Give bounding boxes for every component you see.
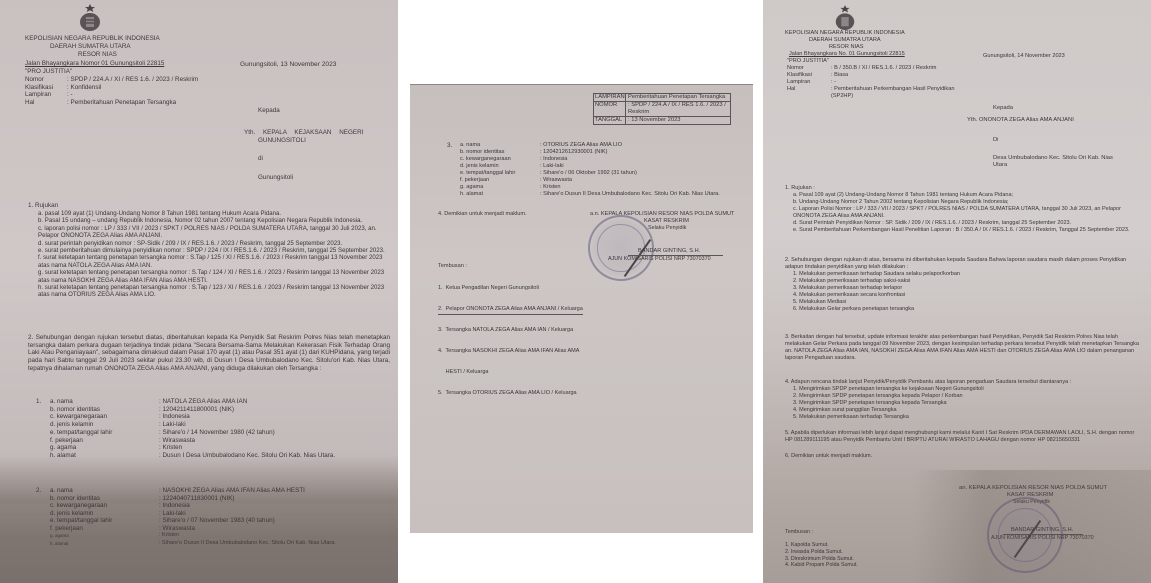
recipient-kepada: Kepada	[993, 105, 1013, 113]
reference-item: d. Surat Perintah Penyidikan Nomor : SP.…	[793, 220, 1143, 227]
list-item: 1. Mengirimkan SPDP penetapan tersangka …	[793, 386, 984, 393]
tembusan-item: 4. Kabid Propam Polda Sumut.	[785, 562, 858, 569]
tembusan-item: HESTI / Keluarga	[438, 369, 583, 376]
reference-item: h. surat ketetapan tentang penetapan ter…	[38, 284, 390, 299]
suspect-number: 3.	[447, 142, 452, 150]
place-date: Gunungsitoli, 14 November 2023	[983, 53, 1065, 61]
tembusan-underline	[438, 314, 583, 315]
reference-list: a. Pasal 109 ayat (2) Undang-Undang Nomo…	[793, 192, 1143, 233]
suspect-1-details: a. nama: NATOLA ZEGA Alias AMA IAN b. no…	[50, 398, 389, 460]
letter-meta: Nomor: B / 350.B / XI / RES.1.6. / 2023 …	[787, 65, 1031, 100]
list-item: 6. Melakukan Gelar perkara penetapan ter…	[793, 306, 960, 313]
suspect-number: 2.	[36, 487, 41, 495]
org-address: Jalan Bhayangkara Nomor 01 Gunungsitoli …	[25, 60, 164, 68]
recipient-yth: Yth. KEPALA KEJAKSAAN NEGERI	[244, 129, 363, 137]
section4-paragraph: 4. Adapun rencana tindak lanjut Penyidik…	[785, 379, 1143, 386]
list-item: 2. Melakukan pemeriksaan terhadap saksi-…	[793, 278, 960, 285]
tembusan-item: 1. Ketua Pengadilan Negeri Gunungsitoli	[438, 285, 583, 292]
letter-meta: Nomor: SPDP / 224.A / XI / RES 1.6. / 20…	[25, 76, 267, 107]
reference-item: b. Pasal 15 undang – undang Republik Ind…	[38, 217, 390, 224]
section2-paragraph: 2. Sehubungan dengan rujukan tersebut di…	[28, 334, 390, 373]
tembusan-item: 3. Direskrimum Polda Sumut.	[785, 556, 858, 563]
investigation-steps: 1. Melakukan pemeriksaan terhadap Saudar…	[793, 271, 960, 312]
recipient-kepada: Kepada	[258, 107, 280, 115]
follow-up-plan: 1. Mengirimkan SPDP penetapan tersangka …	[793, 386, 984, 421]
recipient-di: di	[258, 155, 263, 163]
section2-paragraph: 2. Sehubungan dengan rujukan di atas, be…	[785, 257, 1143, 271]
tembusan-item: 5. Tersangka OTORIUS ZEGA Alias AMA LIO …	[438, 390, 583, 397]
section6-closing: 6. Demikian untuk menjadi maklum.	[785, 453, 872, 461]
tembusan-item: 3. Tersangka NATOLA ZEGA Alias AMA IAN /…	[438, 327, 583, 334]
recipient-di: Di	[993, 137, 998, 145]
suspect-3-details: a. nama: OTORIUS ZEGA Alias AMA LIO b. n…	[460, 142, 740, 198]
recipient-yth: Yth. ONONOTA ZEGA Alias AMA ANJANI	[967, 117, 1074, 125]
document-photo-sp2hp: KEPOLISIAN NEGARA REPUBLIK INDONESIA DAE…	[763, 0, 1151, 583]
reference-item: c. Laporan Polisi Nomor : LP / 333 / VII…	[793, 206, 1143, 220]
reference-item: b. Undang-Undang Nomor 2 Tahun 2002 tent…	[793, 199, 1143, 206]
reference-list: a. pasal 109 ayat (1) Undang-Undang Nomo…	[38, 210, 390, 299]
closing-line: 4. Demikian untuk menjadi maklum.	[438, 211, 527, 219]
reference-item: d. surat perintah penyidikan nomor : SP-…	[38, 240, 390, 247]
reference-item: c. laporan polisi nomor : LP / 333 / VII…	[38, 225, 390, 240]
section1-title: 1. Rujukan	[28, 202, 58, 210]
tembusan-title: Tembusan :	[785, 529, 813, 537]
org-unit: RESOR NIAS	[78, 51, 117, 59]
reference-item: a. Pasal 109 ayat (2) Undang-Undang Nomo…	[793, 192, 1143, 199]
tembusan-title: Tembusan :	[438, 263, 467, 271]
recipient-yth-line2: GUNUNGSITOLI	[258, 137, 306, 145]
signatory-rank: AJUN KOMISARIS POLISI NRP 73070370	[608, 256, 711, 264]
section3-paragraph: 3. Berkaitan dengan hal tersebut, update…	[785, 334, 1143, 362]
reference-item: a. pasal 109 ayat (1) Undang-Undang Nomo…	[38, 210, 390, 217]
section5-paragraph: 5. Apabila diperlukan informasi lebih la…	[785, 430, 1143, 444]
photo-shadow	[913, 470, 1151, 583]
police-crest-icon	[833, 5, 857, 31]
photo-shadow	[0, 505, 398, 583]
list-item: 4. Melakukan pemeriksaan secara konfront…	[793, 292, 960, 299]
recipient-place: Gunungsitoli	[258, 174, 293, 182]
document-photo-attachment: LAMPIRANPemberitahuan Penetapan Tersangk…	[410, 84, 753, 533]
signature-role: Selaku Penyidik	[648, 225, 686, 233]
place-date: Gunungsitoli, 13 November 2023	[240, 61, 336, 69]
pro-justitia: "PRO JUSTITIA"	[25, 68, 72, 76]
recipient-place-line2: Utara	[993, 162, 1007, 170]
list-item: 2. Mengirimkan SPDP penetapan tersangka …	[793, 393, 984, 400]
org-region: DAERAH SUMATRA UTARA	[50, 43, 131, 51]
reference-item: e. Surat Pemberitahuan Perkembangan Hasi…	[793, 227, 1143, 234]
police-crest-icon	[77, 4, 103, 32]
suspect-number: 1.	[36, 398, 41, 406]
list-item: 3. Melakukan pemeriksaan terhadap terlap…	[793, 285, 960, 292]
list-item: 4. Mengirimkan surat panggilan Tersangka	[793, 407, 984, 414]
org-name: KEPOLISIAN NEGARA REPUBLIK INDONESIA	[25, 35, 160, 43]
reference-item: f. surat ketetapan tentang penetapan ter…	[38, 254, 390, 269]
list-item: 5. Melakukan Mediasi	[793, 299, 960, 306]
tembusan-item: 4. Tersangka NASOKHI ZEGA Alias AMA IFAN…	[438, 348, 583, 355]
list-item: 5. Melakukan pemeriksaan terhadap Tersan…	[793, 414, 984, 421]
document-photo-spdp: KEPOLISIAN NEGARA REPUBLIK INDONESIA DAE…	[0, 0, 398, 583]
reference-item: e. surat pemberitahuan dimulainya penyid…	[38, 247, 390, 254]
tembusan-item: 2. Pelapor ONONOTA ZEGA Alias AMA ANJANI…	[438, 306, 583, 313]
attachment-box: LAMPIRANPemberitahuan Penetapan Tersangk…	[593, 93, 731, 125]
tembusan-item: 2. Irwasda Polda Sumut.	[785, 549, 858, 556]
list-item: 1. Melakukan pemeriksaan terhadap Saudar…	[793, 271, 960, 278]
tembusan-list: 1. Ketua Pengadilan Negeri Gunungsitoli …	[438, 271, 583, 411]
recipient-place: Desa Umbubalodano Kec. Sitolu Ori Kab. N…	[993, 155, 1113, 163]
tembusan-list: 1. Kapolda Sumut. 2. Irwasda Polda Sumut…	[785, 542, 858, 569]
reference-item: g. surat ketetapan tentang penetapan ter…	[38, 269, 390, 284]
list-item: 3. Mengirimkan SPDP penetapan tersangka …	[793, 400, 984, 407]
tembusan-item: 1. Kapolda Sumut.	[785, 542, 858, 549]
